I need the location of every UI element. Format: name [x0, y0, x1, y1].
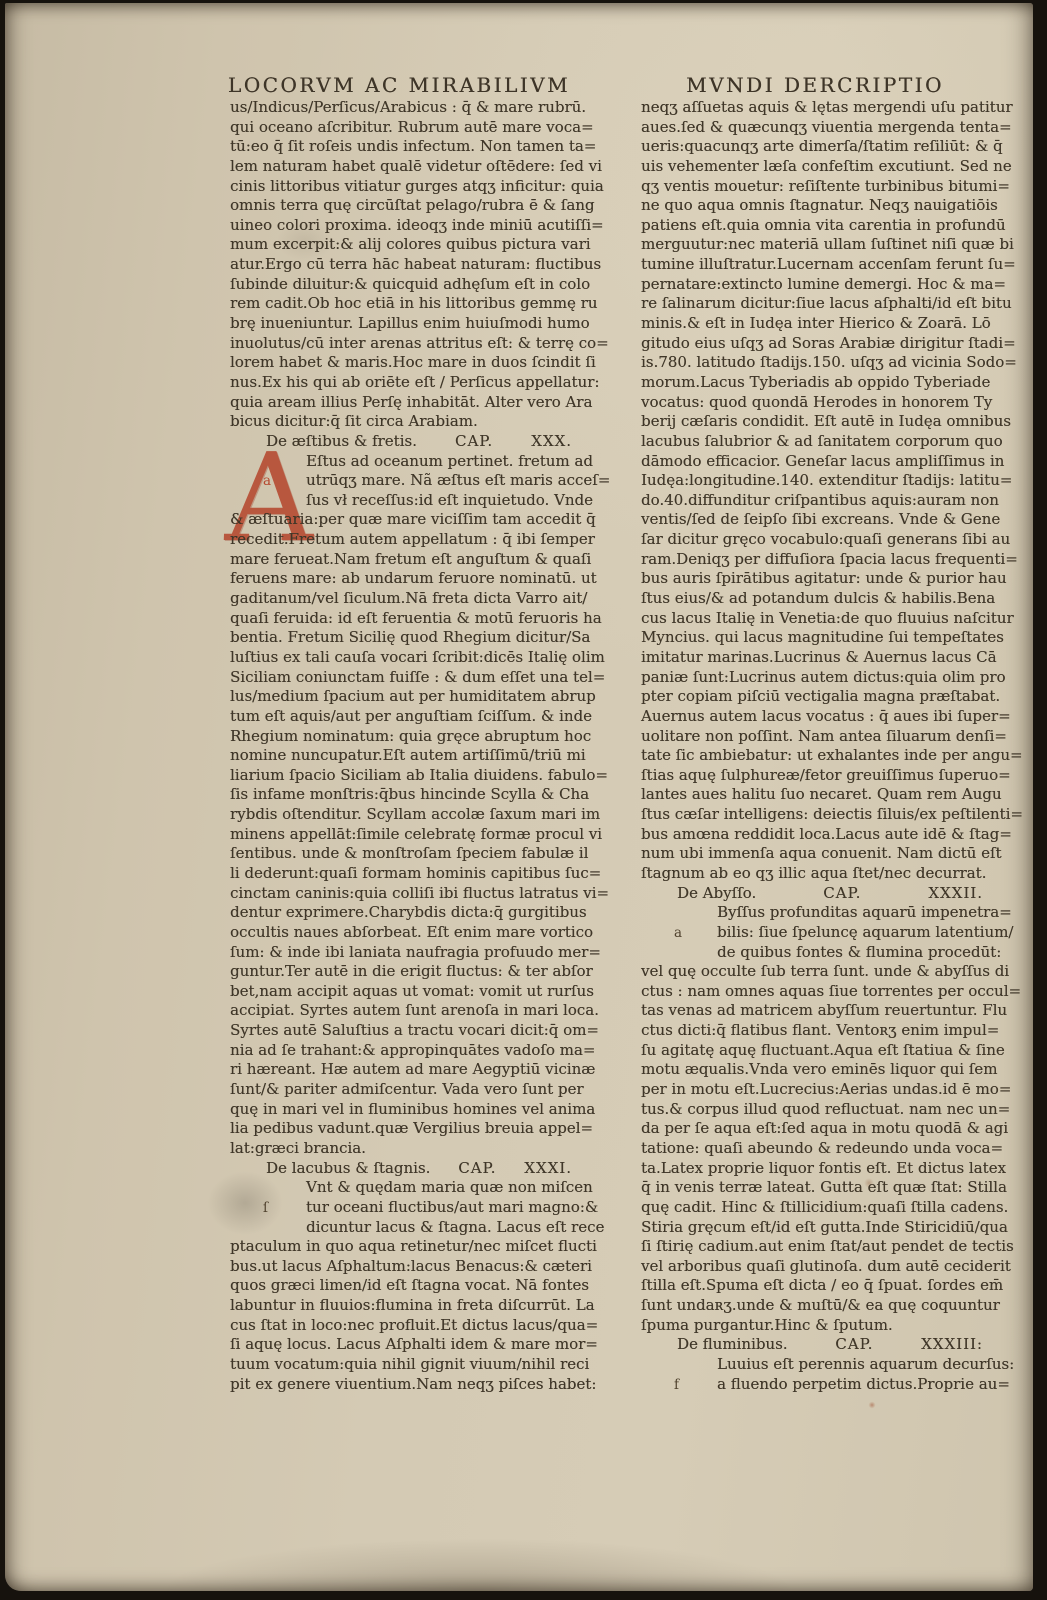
text-line-content: Stiria gręcum eſt/id eſt gutta.Inde Stir… [641, 1218, 1008, 1236]
text-line: gitudo eius uſqʒ ad Soras Arabiæ dirigit… [641, 334, 989, 354]
text-line-content: ptaculum in quo aqua retinetur/nec miſce… [230, 1237, 597, 1255]
text-line: ſunt undaʀʒ.unde & muſtū/& ea quę coquun… [641, 1296, 989, 1316]
text-line: ſentibus. unde & monſtroſam ſpeciem fabu… [230, 844, 578, 864]
text-line-content: utrūqʒ mare. Nã æſtus eſt maris acceſ= [306, 471, 610, 489]
chapter-cap: CAP. [455, 432, 493, 452]
text-line: cinctam caninis:quia colliſi ibi fluctus… [230, 884, 578, 904]
text-line-content: lorem habet & maris.Hoc mare in duos ſci… [230, 353, 596, 371]
text-line: do.40.diffunditur criſpantibus aquis:aur… [641, 491, 989, 511]
text-line: Eſtus ad oceanum pertinet. fretum ad [230, 452, 578, 472]
text-line-content: gitudo eius uſqʒ ad Soras Arabiæ dirigit… [641, 334, 1016, 352]
text-line: q̄ in venis terræ lateat. Gutta eſt quæ … [641, 1178, 989, 1198]
text-line: qui oceano aſcribitur. Rubrum autē mare … [230, 118, 578, 138]
text-line: Stiria gręcum eſt/id eſt gutta.Inde Stir… [641, 1218, 989, 1238]
text-line-content: ram.Deniqʒ per diffuſiora ſpacia lacus f… [641, 550, 1018, 568]
text-line-content: ſis infame monſtris:q̄bus hincinde Scyll… [230, 785, 589, 803]
text-line: ta.Latex proprie liquor fontis eſt. Et d… [641, 1159, 989, 1179]
text-line-content: luſtius ex tali cauſa vocari ſcribit:dic… [230, 648, 605, 666]
text-line: cus lacus Italię in Venetia:de quo fluui… [641, 609, 989, 629]
text-line: pernatare:extincto lumine demergi. Hoc &… [641, 275, 989, 295]
text-line: tatione: quaſi abeundo & redeundo unda v… [641, 1139, 989, 1159]
text-line: atur.Ergo cū terra hāc habeat naturam: f… [230, 255, 578, 275]
text-line-content: merguutur:nec materiā ullam ſuſtinet niſ… [641, 235, 1014, 253]
text-line: guntur.Ter autē in die erigit fluctus: &… [230, 962, 578, 982]
text-line-content: nus.Ex his qui ab oriēte eſt / Perſicus … [230, 373, 599, 391]
text-line: inuolutus/cū inter arenas attritus eſt: … [230, 334, 578, 354]
text-line: quaſi feruida: id eſt feruentia & motū f… [230, 609, 578, 629]
text-line-content: quę cadit. Hinc & ſtillicidium:quaſi ſti… [641, 1198, 1008, 1216]
text-line: lacubus ſalubrior & ad ſanitatem corporu… [641, 432, 989, 452]
text-line: pit ex genere viuentium.Nam neqʒ piſces … [230, 1375, 578, 1395]
chapter-heading: De æſtibus & fretis.CAP.XXX. [230, 432, 578, 452]
text-line-content: ſentibus. unde & monſtroſam ſpeciem fabu… [230, 844, 588, 862]
text-line-content: brę inueniuntur. Lapillus enim huiuſmodi… [230, 314, 590, 332]
text-line-content: Iudęa:longitudine.140. extenditur ſtadij… [641, 471, 1012, 489]
text-line-content: patiens eſt.quia omnia vita carentia in … [641, 216, 1006, 234]
text-line: ueris:quacunqʒ arte dimerſa/ſtatim reſil… [641, 137, 989, 157]
text-line-content: bus amœna reddidit loca.Lacus aute idē &… [641, 825, 1012, 843]
text-line-content: gaditanum/vel ſiculum.Nā freta dicta Var… [230, 589, 587, 607]
chapter-title: De fluminibus. [677, 1335, 788, 1355]
text-line: bus auris ſpirātibus agitatur: unde & pu… [641, 569, 989, 589]
text-line-content: omnis terra quę circūſtat pelago/rubra ē… [230, 196, 595, 214]
text-line-content: aues.ſed & quæcunqʒ viuentia mergenda te… [641, 118, 1012, 136]
text-line-content: labuntur in fluuios:flumina in freta diſ… [230, 1296, 595, 1314]
text-line-content: ctus dicti:q̄ flatibus flant. Ventoʀʒ en… [641, 1021, 999, 1039]
text-line-content: lat:græci brancia. [230, 1139, 366, 1157]
text-line-content: ta.Latex proprie liquor fontis eſt. Et d… [641, 1159, 1006, 1177]
chapter-title: De Abyſſo. [677, 884, 756, 904]
text-line: de quibus fontes & flumina procedūt: [641, 943, 989, 963]
text-line: da per ſe aqua eſt:ſed aqua in motu quod… [641, 1119, 989, 1139]
text-line-content: cinctam caninis:quia colliſi ibi fluctus… [230, 884, 609, 902]
text-line-content: recedit.Fretum autem appellatum : q̄ ibi… [230, 530, 595, 548]
text-line-content: ſpuma purgantur.Hinc & ſputum. [641, 1316, 893, 1334]
text-line-content: dentur exprimere.Charybdis dicta:q̄ gurg… [230, 903, 587, 921]
text-line-content: morum.Lacus Tyberiadis ab oppido Tyberia… [641, 373, 990, 391]
text-line: autrūqʒ mare. Nã æſtus eſt maris acceſ= [230, 471, 578, 491]
text-line: berij cæſaris condidit. Eſt autē in Iudę… [641, 412, 989, 432]
text-line: lat:græci brancia. [230, 1139, 578, 1159]
guide-letter: a [263, 472, 271, 492]
text-line-content: do.40.diffunditur criſpantibus aquis:aur… [641, 491, 999, 509]
text-line-content: tur oceani fluctibus/aut mari magno:& [306, 1198, 598, 1216]
text-line: bet,nam accipit aquas ut vomat: vomit ut… [230, 982, 578, 1002]
text-line-content: lia pedibus vadunt.quæ Vergilius breuia … [230, 1119, 593, 1137]
text-line: ſu agitatę aquę fluctuant.Aqua eſt ſtati… [641, 1041, 989, 1061]
text-line: uineo colori proxima. ideoqʒ inde miniū … [230, 216, 578, 236]
text-line: tuum vocatum:quia nihil gignit viuum/nih… [230, 1355, 578, 1375]
text-line: lorem habet & maris.Hoc mare in duos ſci… [230, 353, 578, 373]
text-column-right: neqʒ aſſuetas aquis & lętas mergendi uſu… [641, 98, 989, 1394]
text-line-content: tum eſt aquis/aut per anguſtiam ſciſſum.… [230, 707, 592, 725]
text-line: ventis/ſed de ſeipſo ſibi excreans. Vnde… [641, 510, 989, 530]
text-line: cus ſtat in loco:nec profluit.Et dictus … [230, 1316, 578, 1336]
text-line: ſtilla eſt.Spuma eſt dicta / eo q̄ ſpuat… [641, 1276, 989, 1296]
text-line-content: accipiat. Syrtes autem ſunt arenoſa in m… [230, 1001, 599, 1019]
text-line: rybdis oſtenditur. Scyllam accolæ ſaxum … [230, 805, 578, 825]
text-line-content: is.780. latitudo ſtadijs.150. uſqʒ ad vi… [641, 353, 1017, 371]
text-line: mum excerpit:& alij colores quibus pictu… [230, 235, 578, 255]
chapter-num: XXX. [531, 432, 572, 452]
text-line-content: ſi aquę locus. Lacus Aſphalti idem & mar… [230, 1335, 598, 1353]
chapter-title: De lacubus & ſtagnis. [266, 1159, 430, 1179]
text-line-content: uis vehementer læſa confeſtim excutiunt.… [641, 157, 1012, 175]
text-line: uolitare non poſſint. Nam antea ſiluarum… [641, 727, 989, 747]
text-line-content: per in motu eſt.Lucrecius:Aerias undas.i… [641, 1080, 1011, 1098]
text-line: Syrtes autē Saluſtius a tractu vocari di… [230, 1021, 578, 1041]
text-line-content: ſtilla eſt.Spuma eſt dicta / eo q̄ ſpuat… [641, 1276, 1003, 1294]
chapter-cap: CAP. [823, 884, 861, 904]
text-line-content: cus lacus Italię in Venetia:de quo fluui… [641, 609, 1014, 627]
text-line: dentur exprimere.Charybdis dicta:q̄ gurg… [230, 903, 578, 923]
text-line: paniæ ſunt:Lucrinus autem dictus:quia ol… [641, 668, 989, 688]
text-line-content: ne quo aqua omnis ſtagnatur. Neqʒ nauiga… [641, 196, 998, 214]
text-line: ſtus eius/& ad potandum dulcis & habilis… [641, 589, 989, 609]
text-line: bus amœna reddidit loca.Lacus aute idē &… [641, 825, 989, 845]
text-line: morum.Lacus Tyberiadis ab oppido Tyberia… [641, 373, 989, 393]
guide-letter: f [674, 1376, 679, 1396]
text-line-content: bentia. Fretum Sicilię quod Rhegium dici… [230, 628, 590, 646]
text-line-content: qʒ ventis mouetur: reſiſtente turbinibus… [641, 177, 1010, 195]
text-line-content: ſus vł receſſus:id eſt inquietudo. Vnde [306, 491, 593, 509]
text-line: ſtias aquę ſulphureæ/fetor greuiſſimus ſ… [641, 766, 989, 786]
text-line-content: ventis/ſed de ſeipſo ſibi excreans. Vnde… [641, 510, 1000, 528]
text-line-content: & æſtuaria:per quæ mare viciſſim tam acc… [230, 510, 596, 528]
text-line: us/Indicus/Perſicus/Arabicus : q̄ & mare… [230, 98, 578, 118]
text-line: & æſtuaria:per quæ mare viciſſim tam acc… [230, 510, 578, 530]
text-line: abilis: ſiue ſpeluncę aquarum latentium/ [641, 923, 989, 943]
text-line: neqʒ aſſuetas aquis & lętas mergendi uſu… [641, 98, 989, 118]
text-line: Rhegium nominatum: quia gręce abruptum h… [230, 727, 578, 747]
text-line: Myncius. qui lacus magnitudine ſui tempe… [641, 628, 989, 648]
text-line-content: ſtagnum ab eo qʒ illic aqua ſtet/nec dec… [641, 864, 986, 882]
text-line: bentia. Fretum Sicilię quod Rhegium dici… [230, 628, 578, 648]
text-line-content: ri hæreant. Hæ autem ad mare Aegyptiū vi… [230, 1060, 595, 1078]
text-line: motu æqualis.Vnda vero eminēs liquor qui… [641, 1060, 989, 1080]
text-line: Byſſus profunditas aquarū impenetra= [641, 903, 989, 923]
text-line-content: qui oceano aſcribitur. Rubrum autē mare … [230, 118, 594, 136]
text-line: ne quo aqua omnis ſtagnatur. Neqʒ nauiga… [641, 196, 989, 216]
text-line-content: ſu agitatę aquę fluctuant.Aqua eſt ſtati… [641, 1041, 1005, 1059]
text-line-content: lacubus ſalubrior & ad ſanitatem corporu… [641, 432, 1003, 450]
text-line: gaditanum/vel ſiculum.Nā freta dicta Var… [230, 589, 578, 609]
text-line-content: vel quę occulte ſub terra ſunt. unde & a… [641, 962, 1009, 980]
text-line: ſi aquę locus. Lacus Aſphalti idem & mar… [230, 1335, 578, 1355]
text-line-content: minis.& eſt in Iudęa inter Hierico & Zoa… [641, 314, 991, 332]
chapter-num: XXXI. [524, 1159, 572, 1179]
text-line: nia ad ſe trahant:& appropinquātes vadoſ… [230, 1041, 578, 1061]
text-line-content: bus.ut lacus Aſphaltum:lacus Benacus:& c… [230, 1257, 592, 1275]
text-line-content: vel arboribus quaſi glutinoſa. dum autē … [641, 1257, 1011, 1275]
text-line: occultis naues abſorbeat. Eſt enim mare … [230, 923, 578, 943]
text-line-content: quę in mari vel in fluminibus homines ve… [230, 1100, 595, 1118]
text-line-content: nomine nuncupatur.Eſt autem artiſſimū/tr… [230, 746, 586, 764]
text-line: minis.& eſt in Iudęa inter Hierico & Zoa… [641, 314, 989, 334]
text-line-content: re ſalinarum dicitur:ſiue lacus aſphalti… [641, 294, 1012, 312]
text-line-content: cus ſtat in loco:nec profluit.Et dictus … [230, 1316, 598, 1334]
text-line: nus.Ex his qui ab oriēte eſt / Perſicus … [230, 373, 578, 393]
text-line-content: quia aream illius Perſę inhabitāt. Alter… [230, 393, 592, 411]
text-line-content: ſar dicitur gręco vocabulo:quaſi generan… [641, 530, 1010, 548]
text-line-content: num ubi immenſa aqua conuenit. Nam dictū… [641, 844, 1002, 862]
text-line: Auernus autem lacus vocatus : q̄ aues ib… [641, 707, 989, 727]
text-line-content: Myncius. qui lacus magnitudine ſui tempe… [641, 628, 1004, 646]
text-line: tū:eo q̄ ſit roſeis undis infectum. Non … [230, 137, 578, 157]
guide-letter: a [674, 924, 682, 944]
text-line: dāmodo efficacior. Geneſar lacus ampliſſ… [641, 452, 989, 472]
text-line: ſis infame monſtris:q̄bus hincinde Scyll… [230, 785, 578, 805]
text-line: cinis littoribus vitiatur gurges atqʒ in… [230, 177, 578, 197]
text-line-content: uolitare non poſſint. Nam antea ſiluarum… [641, 727, 1007, 745]
text-line: Luuius eſt perennis aquarum decurſus: [641, 1355, 989, 1375]
text-line-content: tuum vocatum:quia nihil gignit viuum/nih… [230, 1355, 589, 1373]
text-line: liarium ſpacio Siciliam ab Italia diuide… [230, 766, 578, 786]
text-line-content: mare ferueat.Nam fretum eſt anguſtum & q… [230, 550, 591, 568]
text-line: num ubi immenſa aqua conuenit. Nam dictū… [641, 844, 989, 864]
text-line: mare ferueat.Nam fretum eſt anguſtum & q… [230, 550, 578, 570]
text-line-content: atur.Ergo cū terra hāc habeat naturam: f… [230, 255, 601, 273]
text-line-content: Luuius eſt perennis aquarum decurſus: [717, 1355, 1014, 1373]
text-line: ſunt/& pariter admiſcentur. Vada vero ſu… [230, 1080, 578, 1100]
text-line: vel arboribus quaſi glutinoſa. dum autē … [641, 1257, 989, 1277]
chapter-num: XXXII. [928, 884, 983, 904]
text-line: quia aream illius Perſę inhabitāt. Alter… [230, 393, 578, 413]
text-line-content: tū:eo q̄ ſit roſeis undis infectum. Non … [230, 137, 596, 155]
text-line-content: Syrtes autē Saluſtius a tractu vocari di… [230, 1021, 599, 1039]
text-line: ram.Deniqʒ per diffuſiora ſpacia lacus f… [641, 550, 989, 570]
chapter-num: XXXIII: [921, 1335, 983, 1355]
running-header-right: MVNDI DERCRIPTIO [641, 73, 989, 97]
text-line-content: ueris:quacunqʒ arte dimerſa/ſtatim reſil… [641, 137, 1003, 155]
text-line: ſum: & inde ibi laniata naufragia profuu… [230, 943, 578, 963]
text-line: Siciliam coniunctam fuiſſe : & dum eſſet… [230, 668, 578, 688]
text-line-content: guntur.Ter autē in die erigit fluctus: &… [230, 962, 593, 980]
text-line: lus/medium ſpacium aut per humiditatem a… [230, 687, 578, 707]
text-line-content: pernatare:extincto lumine demergi. Hoc &… [641, 275, 1006, 293]
text-line: is.780. latitudo ſtadijs.150. uſqʒ ad vi… [641, 353, 989, 373]
text-line: feruens mare: ab undarum feruore nominat… [230, 569, 578, 589]
text-line: tum eſt aquis/aut per anguſtiam ſciſſum.… [230, 707, 578, 727]
text-line: dicuntur lacus & ſtagna. Lacus eſt rece [230, 1218, 578, 1238]
text-line: tumine illuſtratur.Lucernam accenſam fer… [641, 255, 989, 275]
text-line-content: bilis: ſiue ſpeluncę aquarum latentium/ [717, 923, 1013, 941]
text-line: lantes aues halitu ſuo necaret. Quam rem… [641, 785, 989, 805]
text-line: ſtus cæſar intelligens: deiectis ſiluis/… [641, 805, 989, 825]
text-line-content: pter copiam piſciū vectigalia magna præſ… [641, 687, 1000, 705]
book-page: LOCORVM AC MIRABILIVM MVNDI DERCRIPTIO A… [5, 3, 1033, 1591]
text-line-content: nia ad ſe trahant:& appropinquātes vadoſ… [230, 1041, 595, 1059]
text-line-content: tus.& corpus illud quod refluctuat. nam … [641, 1100, 1010, 1118]
text-line: per in motu eſt.Lucrecius:Aerias undas.i… [641, 1080, 989, 1100]
text-line: ſpuma purgantur.Hinc & ſputum. [641, 1316, 989, 1336]
text-line: ctus dicti:q̄ flatibus flant. Ventoʀʒ en… [641, 1021, 989, 1041]
text-line: recedit.Fretum autem appellatum : q̄ ibi… [230, 530, 578, 550]
text-line: Iudęa:longitudine.140. extenditur ſtadij… [641, 471, 989, 491]
text-line: patiens eſt.quia omnia vita carentia in … [641, 216, 989, 236]
text-line-content: tate ſic ambiebatur: ut exhalantes inde … [641, 746, 1023, 764]
text-line-content: minens appellāt:ſimile celebratę formæ p… [230, 825, 602, 843]
text-line-content: neqʒ aſſuetas aquis & lętas mergendi uſu… [641, 98, 1013, 116]
text-line-content: Eſtus ad oceanum pertinet. fretum ad [306, 452, 593, 470]
text-line: tus.& corpus illud quod refluctuat. nam … [641, 1100, 989, 1120]
text-line-content: imitatur marinas.Lucrinus & Auernus lacu… [641, 648, 997, 666]
text-line: ſtagnum ab eo qʒ illic aqua ſtet/nec dec… [641, 864, 989, 884]
scan-background: LOCORVM AC MIRABILIVM MVNDI DERCRIPTIO A… [0, 0, 1047, 1600]
text-line: labuntur in fluuios:flumina in freta diſ… [230, 1296, 578, 1316]
text-line-content: dāmodo efficacior. Geneſar lacus ampliſſ… [641, 452, 1004, 470]
text-column-left: A us/Indicus/Perſicus/Arabicus : q̄ & ma… [230, 98, 578, 1394]
guide-letter: ſ [263, 1199, 268, 1219]
text-line-content: ſtus cæſar intelligens: deiectis ſiluis/… [641, 805, 1023, 823]
text-line-content: Byſſus profunditas aquarū impenetra= [717, 903, 1012, 921]
text-line-content: berij cæſaris condidit. Eſt autē in Iudę… [641, 412, 1011, 430]
text-line: quę cadit. Hinc & ſtillicidium:quaſi ſti… [641, 1198, 989, 1218]
text-line-content: rybdis oſtenditur. Scyllam accolæ ſaxum … [230, 805, 600, 823]
text-line: ſi ſtirię cadium.aut enim ſtat/aut pende… [641, 1237, 989, 1257]
text-line: tate ſic ambiebatur: ut exhalantes inde … [641, 746, 989, 766]
text-line-content: ſum: & inde ibi laniata naufragia profuu… [230, 943, 601, 961]
text-line-content: pit ex genere viuentium.Nam neqʒ piſces … [230, 1375, 596, 1393]
text-line: ri hæreant. Hæ autem ad mare Aegyptiū vi… [230, 1060, 578, 1080]
text-line: ſtur oceani fluctibus/aut mari magno:& [230, 1198, 578, 1218]
text-line-content: ſunt/& pariter admiſcentur. Vada vero ſu… [230, 1080, 584, 1098]
text-line: lia pedibus vadunt.quæ Vergilius breuia … [230, 1119, 578, 1139]
text-line-content: bus auris ſpirātibus agitatur: unde & pu… [641, 569, 1007, 587]
text-line: omnis terra quę circūſtat pelago/rubra ē… [230, 196, 578, 216]
text-line: nomine nuncupatur.Eſt autem artiſſimū/tr… [230, 746, 578, 766]
text-line-content: occultis naues abſorbeat. Eſt enim mare … [230, 923, 593, 941]
text-line-content: liarium ſpacio Siciliam ab Italia diuide… [230, 766, 608, 784]
text-line: li dederunt:quaſi formam hominis capitib… [230, 864, 578, 884]
text-line-content: ſubinde diluitur:& quicquid adhęſum eſt … [230, 275, 590, 293]
text-line: bicus dicitur:q̄ ſit circa Arabiam. [230, 412, 578, 432]
text-line-content: ſi ſtirię cadium.aut enim ſtat/aut pende… [641, 1237, 1014, 1255]
text-line-content: lem naturam habet qualē videtur oſtēdere… [230, 157, 602, 175]
text-line-content: mum excerpit:& alij colores quibus pictu… [230, 235, 591, 253]
text-line: ptaculum in quo aqua retinetur/nec miſce… [230, 1237, 578, 1257]
text-line: lem naturam habet qualē videtur oſtēdere… [230, 157, 578, 177]
text-line-content: dicuntur lacus & ſtagna. Lacus eſt rece [306, 1218, 604, 1236]
text-line: accipiat. Syrtes autem ſunt arenoſa in m… [230, 1001, 578, 1021]
text-line: merguutur:nec materiā ullam ſuſtinet niſ… [641, 235, 989, 255]
chapter-heading: De Abyſſo.CAP.XXXII. [641, 884, 989, 904]
text-line-content: us/Indicus/Perſicus/Arabicus : q̄ & mare… [230, 98, 586, 116]
text-line: aues.ſed & quæcunqʒ viuentia mergenda te… [641, 118, 989, 138]
text-line: quos græci limen/id eſt ſtagna vocat. Nā… [230, 1276, 578, 1296]
chapter-heading: De fluminibus.CAP.XXXIII: [641, 1335, 989, 1355]
text-line-content: q̄ in venis terræ lateat. Gutta eſt quæ … [641, 1178, 1007, 1196]
text-line-content: lantes aues halitu ſuo necaret. Quam rem… [641, 785, 1002, 803]
running-header-left: LOCORVM AC MIRABILIVM [225, 73, 573, 97]
text-line-content: li dederunt:quaſi formam hominis capitib… [230, 864, 601, 882]
text-line: ſar dicitur gręco vocabulo:quaſi generan… [641, 530, 989, 550]
text-line-content: tumine illuſtratur.Lucernam accenſam fer… [641, 255, 1016, 273]
text-line: vel quę occulte ſub terra ſunt. unde & a… [641, 962, 989, 982]
text-line: uis vehementer læſa confeſtim excutiunt.… [641, 157, 989, 177]
text-line-content: ctus : nam omnes aquas ſiue torrentes pe… [641, 982, 1021, 1000]
chapter-cap: CAP. [458, 1159, 496, 1179]
text-line-content: ſtias aquę ſulphureæ/fetor greuiſſimus ſ… [641, 766, 1011, 784]
text-line-content: cinis littoribus vitiatur gurges atqʒ in… [230, 177, 604, 195]
text-line-content: a fluendo perpetim dictus.Proprie au= [717, 1375, 1010, 1393]
text-line: brę inueniuntur. Lapillus enim huiuſmodi… [230, 314, 578, 334]
chapter-title: De æſtibus & fretis. [266, 432, 417, 452]
text-line: quę in mari vel in fluminibus homines ve… [230, 1100, 578, 1120]
chapter-cap: CAP. [835, 1335, 873, 1355]
text-line-content: rem cadit.Ob hoc etiā in his littoribus … [230, 294, 597, 312]
text-line-content: motu æqualis.Vnda vero eminēs liquor qui… [641, 1060, 997, 1078]
text-line: rem cadit.Ob hoc etiā in his littoribus … [230, 294, 578, 314]
text-line: vocatus: quod quondā Herodes in honorem … [641, 393, 989, 413]
text-line: qʒ ventis mouetur: reſiſtente turbinibus… [641, 177, 989, 197]
text-line-content: da per ſe aqua eſt:ſed aqua in motu quod… [641, 1119, 1008, 1137]
text-line: luſtius ex tali cauſa vocari ſcribit:dic… [230, 648, 578, 668]
text-line: imitatur marinas.Lucrinus & Auernus lacu… [641, 648, 989, 668]
text-line: minens appellāt:ſimile celebratę formæ p… [230, 825, 578, 845]
text-line-content: tatione: quaſi abeundo & redeundo unda v… [641, 1139, 1003, 1157]
text-line-content: Vnt & quędam maria quæ non miſcen [306, 1178, 593, 1196]
text-line-content: ſunt undaʀʒ.unde & muſtū/& ea quę coquun… [641, 1296, 1000, 1314]
text-line-content: uineo colori proxima. ideoqʒ inde miniū … [230, 216, 604, 234]
text-line-content: lus/medium ſpacium aut per humiditatem a… [230, 687, 596, 705]
text-line: ctus : nam omnes aquas ſiue torrentes pe… [641, 982, 989, 1002]
text-line: ſubinde diluitur:& quicquid adhęſum eſt … [230, 275, 578, 295]
text-line-content: tas venas ad matricem abyſſum reuertuntu… [641, 1001, 1007, 1019]
text-line: ſus vł receſſus:id eſt inquietudo. Vnde [230, 491, 578, 511]
text-line-content: feruens mare: ab undarum feruore nominat… [230, 569, 597, 587]
text-line-content: quos græci limen/id eſt ſtagna vocat. Nā… [230, 1276, 589, 1294]
text-line-content: quaſi feruida: id eſt feruentia & motū f… [230, 609, 602, 627]
text-line: pter copiam piſciū vectigalia magna præſ… [641, 687, 989, 707]
text-line-content: paniæ ſunt:Lucrinus autem dictus:quia ol… [641, 668, 1006, 686]
text-line-content: ſtus eius/& ad potandum dulcis & habilis… [641, 589, 995, 607]
text-line-content: Siciliam coniunctam fuiſſe : & dum eſſet… [230, 668, 605, 686]
text-line-content: bicus dicitur:q̄ ſit circa Arabiam. [230, 412, 478, 430]
text-line-content: Rhegium nominatum: quia gręce abruptum h… [230, 727, 591, 745]
text-line-content: de quibus fontes & flumina procedūt: [717, 943, 1001, 961]
text-line: Vnt & quędam maria quæ non miſcen [230, 1178, 578, 1198]
text-line: tas venas ad matricem abyſſum reuertuntu… [641, 1001, 989, 1021]
text-line-content: inuolutus/cū inter arenas attritus eſt: … [230, 334, 609, 352]
text-line: bus.ut lacus Aſphaltum:lacus Benacus:& c… [230, 1257, 578, 1277]
text-line: re ſalinarum dicitur:ſiue lacus aſphalti… [641, 294, 989, 314]
text-line-content: bet,nam accipit aquas ut vomat: vomit ut… [230, 982, 594, 1000]
text-line-content: vocatus: quod quondā Herodes in honorem … [641, 393, 992, 411]
chapter-heading: De lacubus & ſtagnis.CAP.XXXI. [230, 1159, 578, 1179]
text-line-content: Auernus autem lacus vocatus : q̄ aues ib… [641, 707, 1011, 725]
text-line: fa fluendo perpetim dictus.Proprie au= [641, 1375, 989, 1395]
